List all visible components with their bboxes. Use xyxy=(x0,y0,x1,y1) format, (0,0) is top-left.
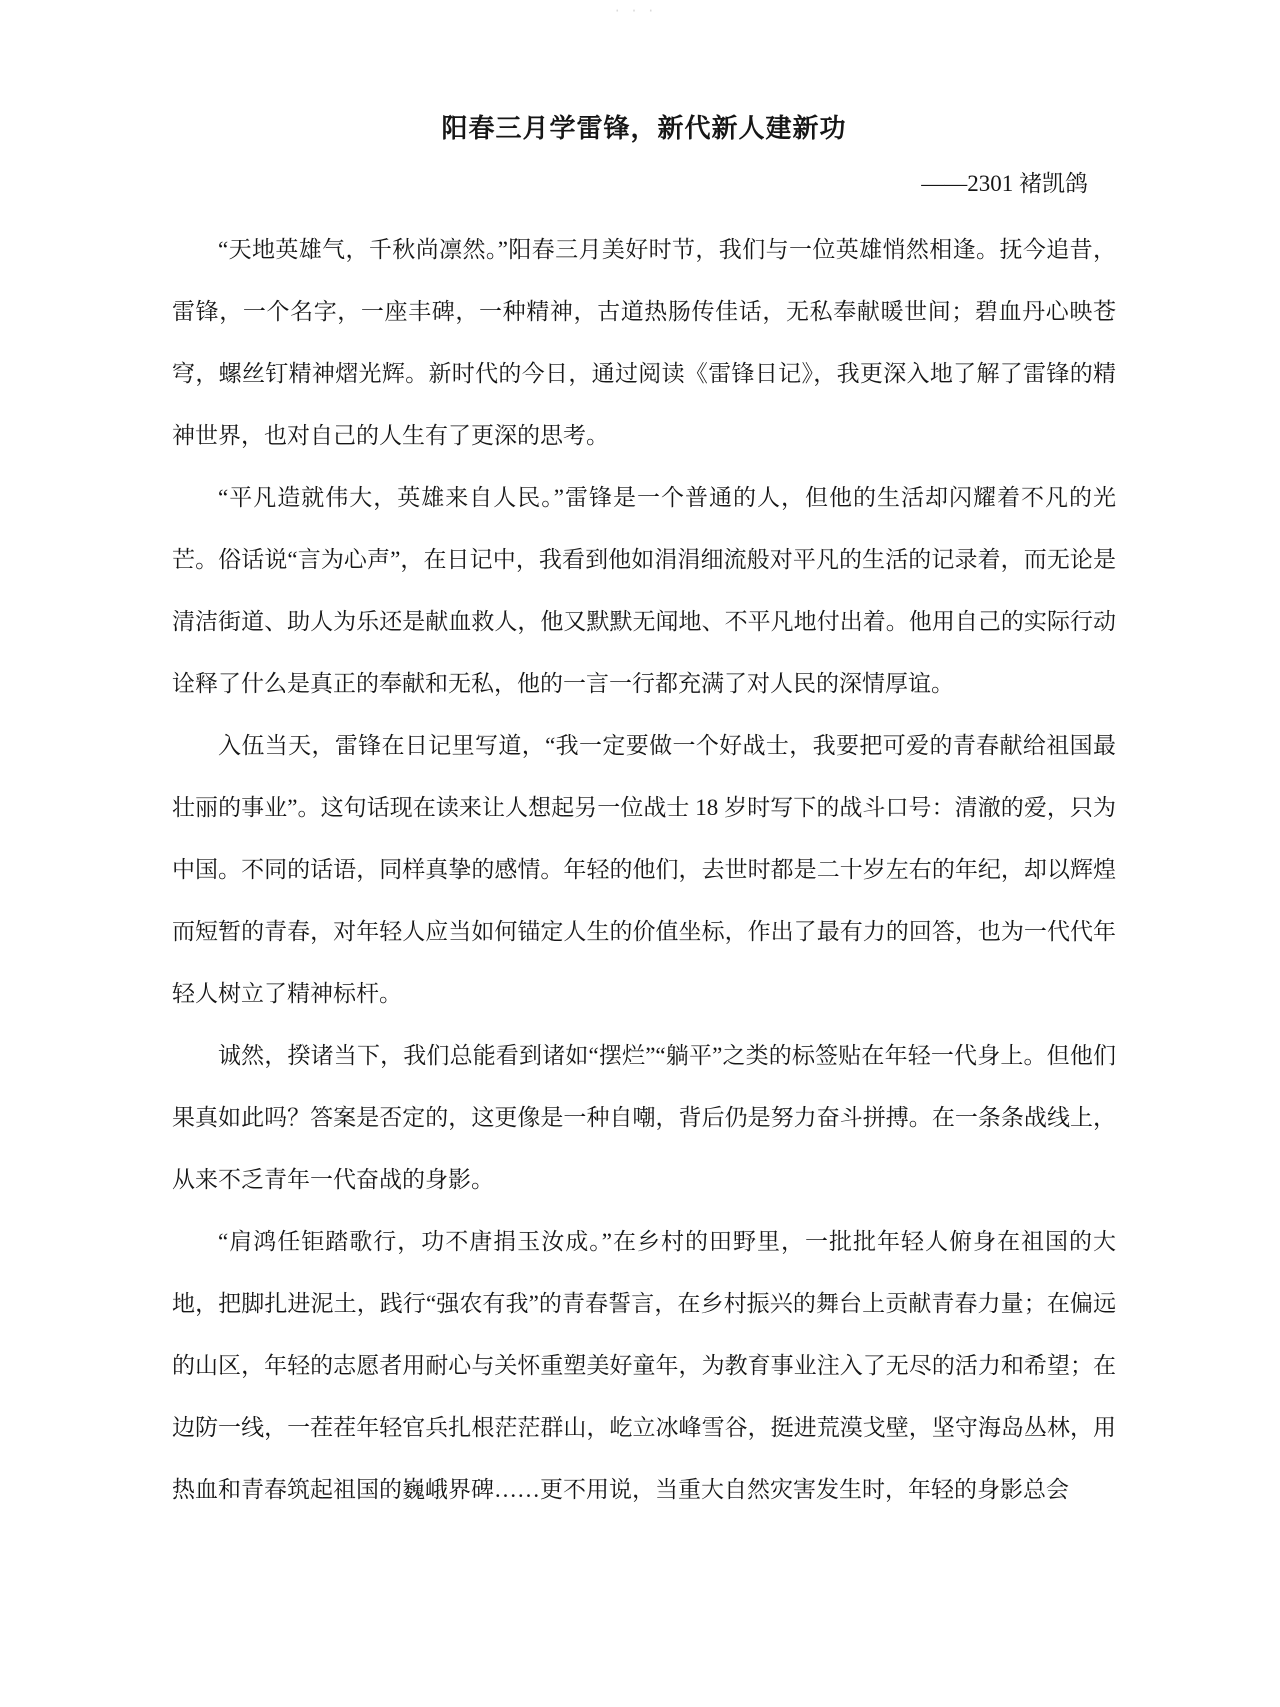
document-title: 阳春三月学雷锋，新代新人建新功 xyxy=(172,112,1116,146)
document-page: ··· 阳春三月学雷锋，新代新人建新功 ——2301 褚凯鸽 “天地英雄气，千秋… xyxy=(0,0,1280,1707)
document-body: “天地英雄气，千秋尚凛然。”阳春三月美好时节，我们与一位英雄悄然相逢。抚今追昔，… xyxy=(172,219,1116,1521)
body-paragraph: “肩鸿任钜踏歌行，功不唐捐玉汝成。”在乡村的田野里，一批批年轻人俯身在祖国的大地… xyxy=(172,1211,1116,1521)
body-paragraph: “天地英雄气，千秋尚凛然。”阳春三月美好时节，我们与一位英雄悄然相逢。抚今追昔，… xyxy=(172,219,1116,467)
body-paragraph: “平凡造就伟大，英雄来自人民。”雷锋是一个普通的人，但他的生活却闪耀着不凡的光芒… xyxy=(172,467,1116,715)
body-paragraph: 入伍当天，雷锋在日记里写道，“我一定要做一个好战士，我要把可爱的青春献给祖国最壮… xyxy=(172,715,1116,1025)
body-paragraph: 诚然，揆诸当下，我们总能看到诸如“摆烂”“躺平”之类的标签贴在年轻一代身上。但他… xyxy=(172,1025,1116,1211)
author-byline: ——2301 褚凯鸽 xyxy=(172,170,1116,199)
document-content: 阳春三月学雷锋，新代新人建新功 ——2301 褚凯鸽 “天地英雄气，千秋尚凛然。… xyxy=(0,0,1280,1521)
page-separator-dots-icon: ··· xyxy=(0,2,1280,20)
